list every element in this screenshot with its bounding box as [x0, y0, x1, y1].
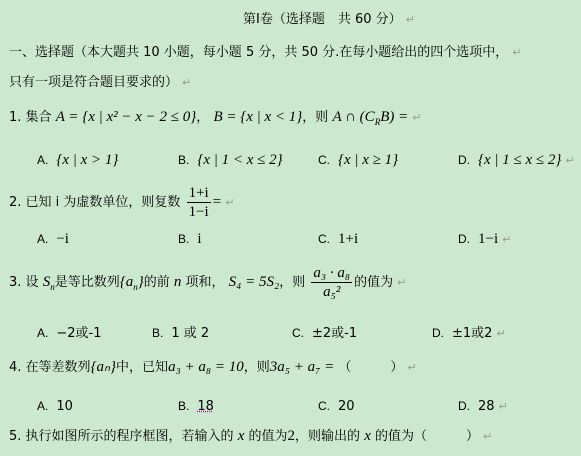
section-title: 第Ⅰ卷（选择题 共 60 分）↵	[243, 12, 415, 28]
question-2-stem: 2. 已知 i 为虚数单位，则复数 1+i1−i=↵	[9, 183, 234, 222]
question-2-option-c[interactable]: C.1+i	[318, 231, 358, 248]
question-1-option-c[interactable]: C.{x | x ≥ 1}	[318, 152, 398, 169]
question-2-option-a[interactable]: A.−i	[37, 231, 69, 248]
question-4-option-b[interactable]: B.18	[178, 398, 214, 415]
paragraph-mark-icon: ↵	[412, 111, 421, 124]
question-1-option-d[interactable]: D.{x | 1 ≤ x ≤ 2}↵	[458, 152, 575, 169]
paragraph-mark-icon: ↵	[512, 46, 521, 59]
question-2-option-d[interactable]: D.1−i↵	[458, 231, 511, 248]
question-4-option-c[interactable]: C.20	[318, 398, 355, 415]
paragraph-mark-icon: ↵	[407, 361, 416, 374]
fraction: a₃ · a₈a₅²	[311, 265, 352, 301]
paragraph-mark-icon: ↵	[499, 400, 508, 413]
paragraph-mark-icon: ↵	[182, 76, 191, 89]
question-1-option-b[interactable]: B.{x | 1 < x ≤ 2}	[178, 152, 283, 169]
paragraph-mark-icon: ↵	[496, 327, 505, 340]
question-3-stem: 3. 设 Sn是等比数列{an}的前 n 项和， S₄ = 5S₂，则 a₃ ·…	[9, 262, 406, 307]
question-4-stem: 4. 在等差数列{aₙ}中，已知a₃ + a₈ = 10，则3a₅ + a₇ =…	[9, 359, 417, 376]
question-1-stem: 1. 集合 A = {x | x² − x − 2 ≤ 0}， B = {x |…	[9, 109, 421, 130]
question-5-stem: 5. 执行如图所示的程序框图，若输入的 x 的值为2，则输出的 x 的值为（ ）…	[9, 428, 492, 445]
question-2-option-b[interactable]: B.i	[178, 231, 202, 248]
question-3-option-a[interactable]: A.−2或-1	[37, 325, 101, 342]
answer-blank[interactable]: （ ）	[338, 360, 403, 375]
paragraph-mark-icon: ↵	[406, 13, 415, 26]
question-3-option-c[interactable]: C.±2或-1	[292, 325, 357, 342]
paragraph-mark-icon: ↵	[565, 154, 574, 167]
question-3-option-d[interactable]: D.±1或2↵	[432, 325, 506, 342]
question-4-option-a[interactable]: A.10	[37, 398, 73, 415]
instructions-line-2: 只有一项是符合题目要求的）↵	[9, 75, 191, 91]
paragraph-mark-icon: ↵	[502, 233, 511, 246]
question-3-option-b[interactable]: B.1 或 2	[152, 325, 209, 342]
question-4-option-d[interactable]: D.28↵	[458, 398, 508, 415]
paragraph-mark-icon: ↵	[225, 196, 234, 209]
paragraph-mark-icon: ↵	[397, 276, 406, 289]
question-1-option-a[interactable]: A.{x | x > 1}	[37, 152, 118, 169]
fraction: 1+i1−i	[187, 185, 211, 221]
paragraph-mark-icon: ↵	[483, 430, 492, 443]
instructions-line-1: 一、选择题（本大题共 10 小题，每小题 5 分，共 50 分.在每小题给出的四…	[9, 45, 522, 61]
